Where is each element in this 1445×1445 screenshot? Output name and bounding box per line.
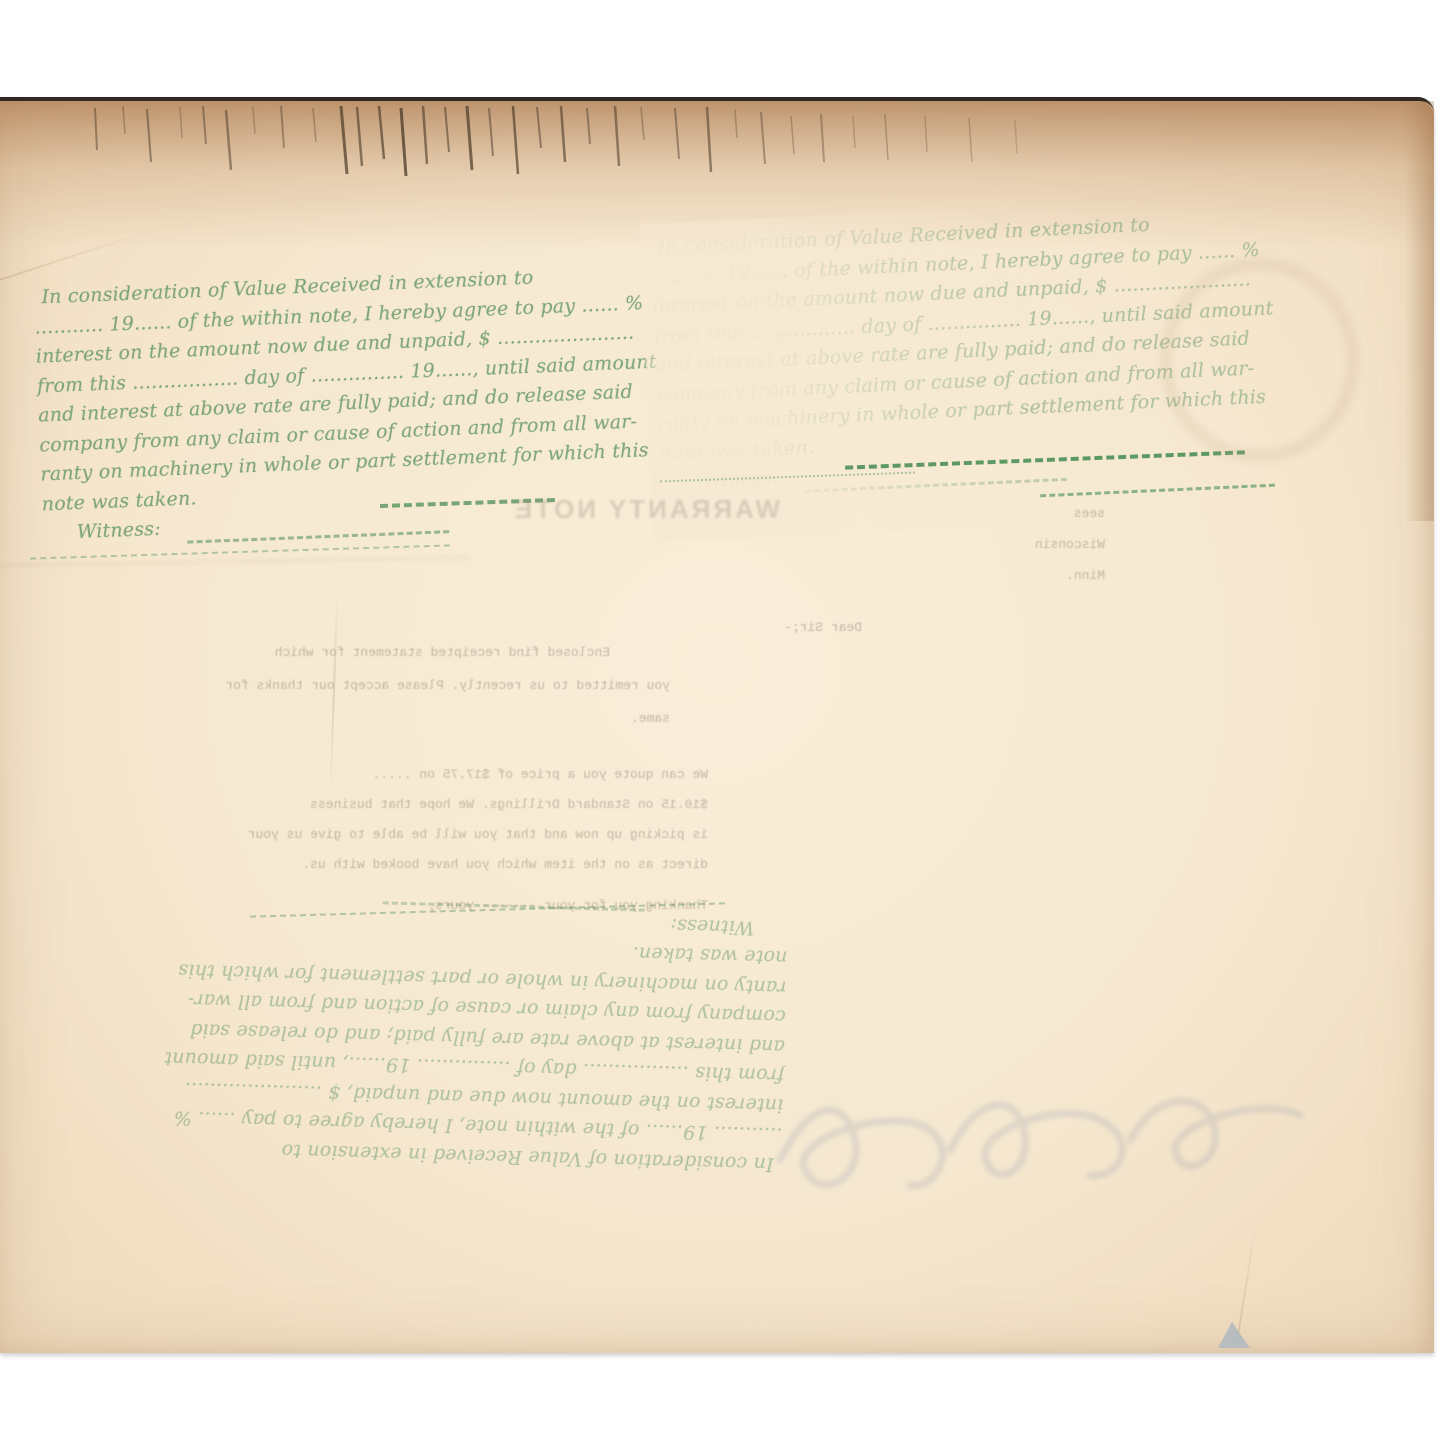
edge-tear (1218, 1322, 1250, 1348)
typed-line: same. (225, 702, 670, 735)
typed-ghost-closing: Thanking you for your ------- yours, (388, 891, 708, 921)
witness-label: Witness: (76, 515, 161, 548)
ink-hatch-marks (85, 104, 1085, 184)
typed-ghost-paragraph: We can quote you a price of $17.75 on ..… (188, 760, 708, 880)
typed-line: Enclosed find receipted statement for wh… (225, 636, 670, 669)
typed-line: is picking up now and that you will be a… (188, 820, 708, 850)
ring-stain (1160, 258, 1359, 462)
typed-ghost-paragraph: Enclosed find receipted statement for wh… (225, 636, 670, 735)
green-note-block-inverted: In consideration of Value Received in ex… (201, 897, 788, 1179)
typed-line: Wisconsin (905, 529, 1105, 560)
typed-ghost-address: sees Wisconsin Minn. (905, 498, 1105, 591)
scanned-document: In consideration of Value Received in ex… (0, 0, 1445, 1445)
typed-line: sees (905, 498, 1105, 529)
wear-fade (639, 207, 1037, 543)
typed-line: direct as on the item which you have boo… (188, 850, 708, 880)
typed-line: $10.15 on Standard Drillings. We hope th… (188, 790, 708, 820)
paper-right-shadow (1404, 101, 1434, 521)
typed-line: you remitted to us recently. Please acce… (225, 669, 670, 702)
handwriting-ghost (760, 1040, 1330, 1230)
typed-line: We can quote you a price of $17.75 on ..… (188, 760, 708, 790)
mirrored-heading-ghost: WARRANTY NOTE (500, 494, 780, 525)
typed-line: Minn. (905, 560, 1105, 591)
typed-ghost-salutation: Dear Sir;- (742, 613, 862, 643)
